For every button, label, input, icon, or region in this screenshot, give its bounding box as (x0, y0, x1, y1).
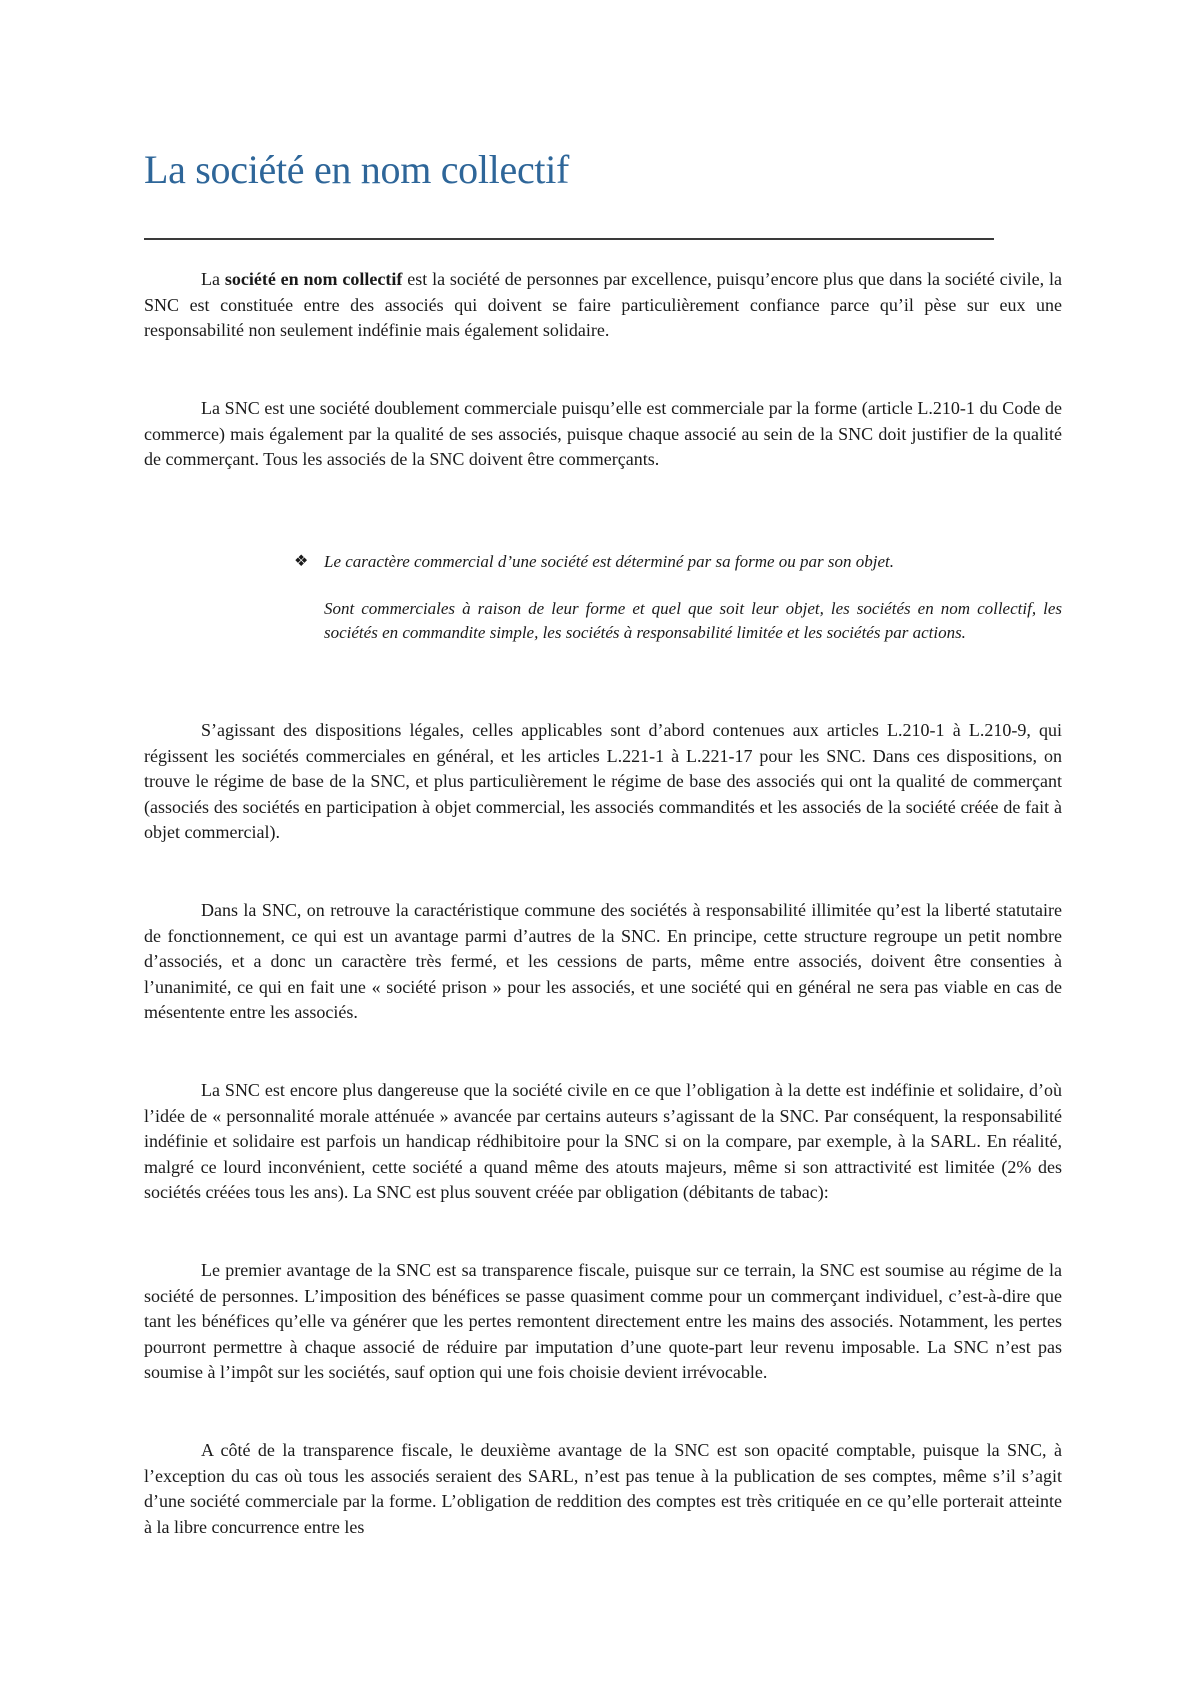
paragraph-danger: La SNC est encore plus dangereuse que la… (144, 1078, 1062, 1206)
paragraph-intro-pre: La (201, 269, 225, 289)
document-title: La société en nom collectif (144, 146, 569, 194)
paragraph-intro: La société en nom collectif est la socié… (144, 267, 1062, 344)
paragraph-statutory-freedom: Dans la SNC, on retrouve la caractéristi… (144, 898, 1062, 1026)
diamond-bullet-icon: ❖ (294, 550, 308, 574)
quote-line-1-text: Le caractère commercial d’une société es… (324, 552, 894, 571)
paragraph-legal-provisions: S’agissant des dispositions légales, cel… (144, 718, 1062, 846)
quote-block: ❖ Le caractère commercial d’une société … (324, 550, 1062, 645)
paragraph-intro-bold: société en nom collectif (225, 269, 403, 289)
quote-line-1: ❖ Le caractère commercial d’une société … (324, 550, 1062, 574)
paragraph-accounting-opacity: A côté de la transparence fiscale, le de… (144, 1438, 1062, 1540)
paragraph-tax-transparency: Le premier avantage de la SNC est sa tra… (144, 1258, 1062, 1386)
title-divider (144, 238, 994, 240)
paragraph-double-commercial: La SNC est une société doublement commer… (144, 396, 1062, 473)
quote-line-2: Sont commerciales à raison de leur forme… (324, 597, 1062, 645)
